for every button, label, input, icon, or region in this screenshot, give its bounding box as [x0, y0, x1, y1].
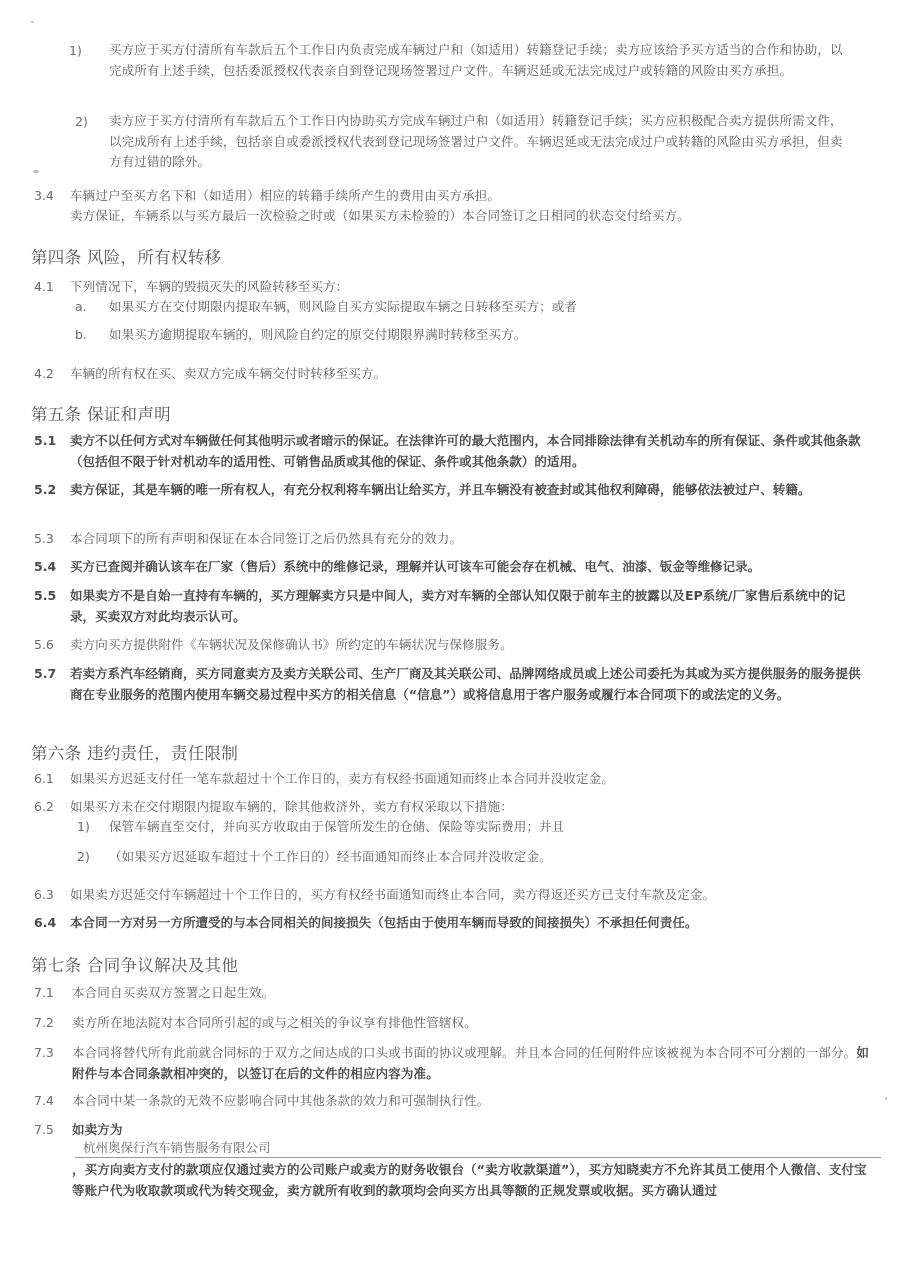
item-number: 2)	[75, 112, 88, 132]
section-heading: 第六条 违约责任，责任限制	[31, 740, 238, 764]
clause-text: 如果买方迟延支付任一笔车款超过十个工作日的，卖方有权经书面通知而终止本合同并没收…	[70, 769, 870, 790]
clause-text: 车辆的所有权在买、卖双方完成车辆交付时转移至买方。	[70, 364, 870, 385]
clause-text-normal: 本合同将替代所有此前就合同标的于双方之间达成的口头或书面的协议或理解。并且本合同…	[72, 1045, 856, 1060]
section-heading: 第五条 保证和声明	[31, 401, 171, 425]
sub-item-text: （如果买方迟延取车超过十个工作日的）经书面通知而终止本合同并没收定金。	[109, 847, 869, 868]
clause-number: 7.3	[34, 1043, 54, 1063]
clause-text: 本合同一方对另一方所遭受的与本合同相关的间接损失（包括由于使用车辆而导致的间接损…	[70, 913, 870, 934]
clause-number: 5.6	[34, 635, 54, 655]
clause-number: 7.2	[34, 1013, 54, 1033]
clause-number: 4.1	[34, 277, 54, 297]
clause-number: 4.2	[34, 364, 54, 384]
clause-number: 6.4	[34, 913, 56, 933]
clause-text: 卖方所在地法院对本合同所引起的或与之相关的争议享有排他性管辖权。	[72, 1013, 872, 1034]
clause-number: 6.1	[34, 769, 54, 789]
section-heading: 第四条 风险，所有权转移	[31, 244, 221, 268]
clause-text: 车辆过户至买方名下和（如适用）相应的转籍手续所产生的费用由买方承担。	[70, 186, 870, 207]
sub-item-text: 如果买方在交付期限内提取车辆，则风险自买方实际提取车辆之日转移至买方；或者	[109, 297, 869, 318]
clause-text: 若卖方系汽车经销商，买方同意卖方及卖方关联公司、生产厂商及其关联公司、品牌网络成…	[70, 664, 870, 705]
seller-name-field: 杭州奥保行汽车销售服务有限公司	[75, 1139, 881, 1158]
item-number: 1)	[69, 41, 82, 61]
clause-number: 5.2	[34, 480, 56, 500]
clause-text: 卖方不以任何方式对车辆做任何其他明示或者暗示的保证。在法律许可的最大范围内，本合…	[70, 431, 870, 472]
clause-number: 7.5	[34, 1120, 54, 1140]
clause-text: 本合同自买卖双方签署之日起生效。	[72, 983, 872, 1004]
sub-item-text: 如果买方逾期提取车辆的，则风险自约定的原交付期限界满时转移至买方。	[109, 325, 869, 346]
clause-number: 7.1	[34, 983, 54, 1003]
item-text: 买方应于买方付清所有车款后五个工作日内负责完成车辆过户和（如适用）转籍登记手续；…	[109, 40, 854, 81]
clause-number: 6.2	[34, 797, 54, 817]
sub-item-number: b.	[75, 325, 87, 345]
sub-item-text: 保管车辆直至交付，并向买方收取由于保管所发生的仓储、保险等实际费用；并且	[109, 817, 869, 838]
sub-item-number: 2)	[77, 847, 90, 867]
clause-text: 如果买方未在交付期限内提取车辆的，除其他救济外，卖方有权采取以下措施：	[70, 797, 870, 818]
clause-text: 下列情况下，车辆的毁损灭失的风险转移至买方：	[70, 277, 870, 298]
clause-number: 7.4	[34, 1091, 54, 1111]
scan-artifact	[885, 1097, 887, 1100]
scan-artifact	[33, 170, 39, 173]
clause-text: 本合同中某一条款的无效不应影响合同中其他条款的效力和可强制执行性。	[72, 1091, 872, 1112]
clause-number: 5.5	[34, 586, 56, 606]
contract-page: 1) 买方应于买方付清所有车款后五个工作日内负责完成车辆过户和（如适用）转籍登记…	[0, 0, 904, 1280]
clause-text: 本合同将替代所有此前就合同标的于双方之间达成的口头或书面的协议或理解。并且本合同…	[72, 1043, 872, 1084]
clause-text: 如果卖方不是自始一直持有车辆的，买方理解卖方只是中间人，卖方对车辆的全部认知仅限…	[70, 586, 870, 627]
clause-text: 买方已查阅并确认该车在厂家（售后）系统中的维修记录，理解并认可该车可能会存在机械…	[70, 557, 870, 578]
item-text: 卖方应于买方付清所有车款后五个工作日内协助买方完成车辆过户和（如适用）转籍登记手…	[109, 111, 854, 173]
clause-text: 卖方保证，车辆系以与买方最后一次检验之时或（如果买方未检验的）本合同签订之日相同…	[70, 206, 870, 227]
clause-number: 5.4	[34, 557, 56, 577]
clause-text: 卖方保证，其是车辆的唯一所有权人，有充分权利将车辆出让给买方，并且车辆没有被查封…	[70, 480, 870, 501]
clause-number: 5.1	[34, 431, 56, 451]
sub-item-number: 1)	[77, 817, 90, 837]
clause-number: 5.3	[34, 529, 54, 549]
clause-number: 6.3	[34, 885, 54, 905]
clause-text: ，买方向卖方支付的款项应仅通过卖方的公司账户或卖方的财务收银台（“卖方收款渠道”…	[72, 1160, 877, 1201]
clause-text: 如果卖方迟延交付车辆超过十个工作日的，买方有权经书面通知而终止本合同，卖方得返还…	[70, 885, 870, 906]
clause-text: 卖方向买方提供附件《车辆状况及保修确认书》所约定的车辆状况与保修服务。	[70, 635, 870, 656]
scan-artifact	[31, 21, 34, 23]
clause-number: 5.7	[34, 664, 56, 684]
sub-item-number: a.	[75, 297, 87, 317]
clause-number: 3.4	[34, 186, 54, 206]
clause-text: 本合同项下的所有声明和保证在本合同签订之后仍然具有充分的效力。	[70, 529, 870, 550]
clause-label: 如卖方为	[72, 1120, 272, 1141]
section-heading: 第七条 合同争议解决及其他	[31, 952, 238, 976]
